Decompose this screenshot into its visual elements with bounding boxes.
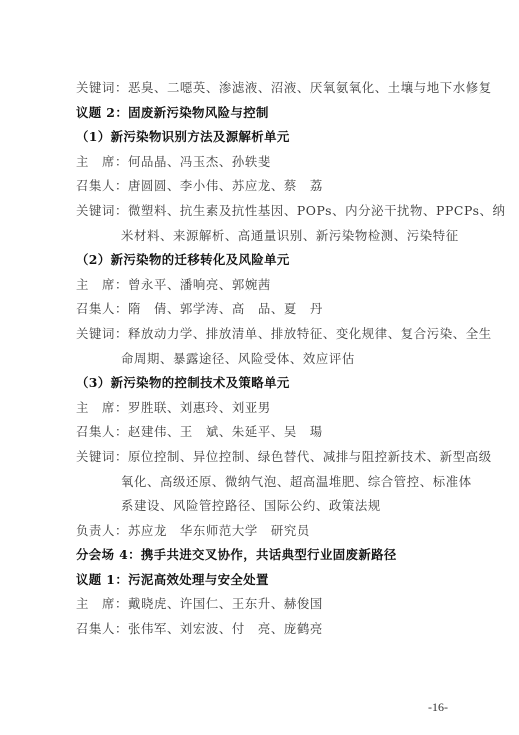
chair-line: 主 席：罗胜联、刘惠玲、刘亚男 [76, 396, 464, 421]
field-value: 曾永平、潘响亮、郭婉茜 [128, 277, 271, 292]
keywords-line: 关键词：原位控制、异位控制、绿色替代、减排与阻控新技术、新型高级 [76, 445, 464, 470]
field-value: 唐圆圆、李小伟、苏应龙、蔡 荔 [128, 178, 323, 193]
field-value: 罗胜联、刘惠玲、刘亚男 [128, 400, 271, 415]
convener-line: 召集人：隋 倩、郭学涛、高 品、夏 丹 [76, 297, 464, 322]
chair-line: 主 席：戴晓虎、许国仁、王东升、赫俊国 [76, 592, 464, 617]
field-label: 召集人： [76, 621, 128, 636]
document-page: 关键词：恶臭、二噁英、渗滤液、沼液、厌氧氨氧化、土壤与地下水修复 议题 2：固废… [76, 76, 464, 642]
session-heading: 分会场 4：携手共进交叉协作，共话典型行业固废新路径 [76, 543, 464, 568]
field-value: 苏应龙 华东师范大学 研究员 [128, 523, 310, 538]
keywords-continuation: 氧化、高级还原、微纳气泡、超高温堆肥、综合管控、标准体 [76, 470, 464, 495]
field-label: 关键词： [76, 326, 128, 341]
field-value: 何品晶、冯玉杰、孙轶斐 [128, 154, 271, 169]
unit-heading: （1）新污染物识别方法及源解析单元 [76, 125, 464, 150]
convener-line: 召集人：赵建伟、王 斌、朱延平、吴 瑒 [76, 420, 464, 445]
field-value: 戴晓虎、许国仁、王东升、赫俊国 [128, 596, 323, 611]
field-value: 释放动力学、排放清单、排放特征、变化规律、复合污染、全生 [128, 326, 492, 341]
field-label: 召集人： [76, 301, 128, 316]
field-label: 主 席： [76, 277, 128, 292]
topic-heading: 议题 2：固废新污染物风险与控制 [76, 101, 464, 126]
field-label: 召集人： [76, 424, 128, 439]
field-label: 负责人： [76, 523, 128, 538]
unit-heading: （2）新污染物的迁移转化及风险单元 [76, 248, 464, 273]
keywords-continuation: 米材料、来源解析、高通量识别、新污染物检测、污染特征 [76, 224, 464, 249]
keywords-line: 关键词：微塑料、抗生素及抗性基因、POPs、内分泌干扰物、PPCPs、纳 [76, 199, 464, 224]
field-value: 赵建伟、王 斌、朱延平、吴 瑒 [128, 424, 323, 439]
topic-heading: 议题 1：污泥高效处理与安全处置 [76, 568, 464, 593]
field-label: 主 席： [76, 400, 128, 415]
keywords-continuation: 系建设、风险管控路径、国际公约、政策法规 [76, 494, 464, 519]
field-value: 微塑料、抗生素及抗性基因、POPs、内分泌干扰物、PPCPs、纳 [128, 203, 506, 218]
responsible-person-line: 负责人：苏应龙 华东师范大学 研究员 [76, 519, 464, 544]
field-value: 张伟军、刘宏波、付 亮、庞鹤亮 [128, 621, 323, 636]
field-value: 原位控制、异位控制、绿色替代、减排与阻控新技术、新型高级 [128, 449, 492, 464]
field-label: 关键词： [76, 203, 128, 218]
field-value: 恶臭、二噁英、渗滤液、沼液、厌氧氨氧化、土壤与地下水修复 [128, 80, 492, 95]
field-label: 召集人： [76, 178, 128, 193]
convener-line: 召集人：张伟军、刘宏波、付 亮、庞鹤亮 [76, 617, 464, 642]
field-label: 关键词： [76, 80, 128, 95]
keywords-continuation: 命周期、暴露途径、风险受体、效应评估 [76, 347, 464, 372]
field-label: 主 席： [76, 154, 128, 169]
chair-line: 主 席：曾永平、潘响亮、郭婉茜 [76, 273, 464, 298]
page-number: -16- [428, 700, 448, 715]
field-label: 主 席： [76, 596, 128, 611]
unit-heading: （3）新污染物的控制技术及策略单元 [76, 371, 464, 396]
keywords-line: 关键词：恶臭、二噁英、渗滤液、沼液、厌氧氨氧化、土壤与地下水修复 [76, 76, 464, 101]
chair-line: 主 席：何品晶、冯玉杰、孙轶斐 [76, 150, 464, 175]
field-label: 关键词： [76, 449, 128, 464]
field-value: 隋 倩、郭学涛、高 品、夏 丹 [128, 301, 323, 316]
keywords-line: 关键词：释放动力学、排放清单、排放特征、变化规律、复合污染、全生 [76, 322, 464, 347]
convener-line: 召集人：唐圆圆、李小伟、苏应龙、蔡 荔 [76, 174, 464, 199]
